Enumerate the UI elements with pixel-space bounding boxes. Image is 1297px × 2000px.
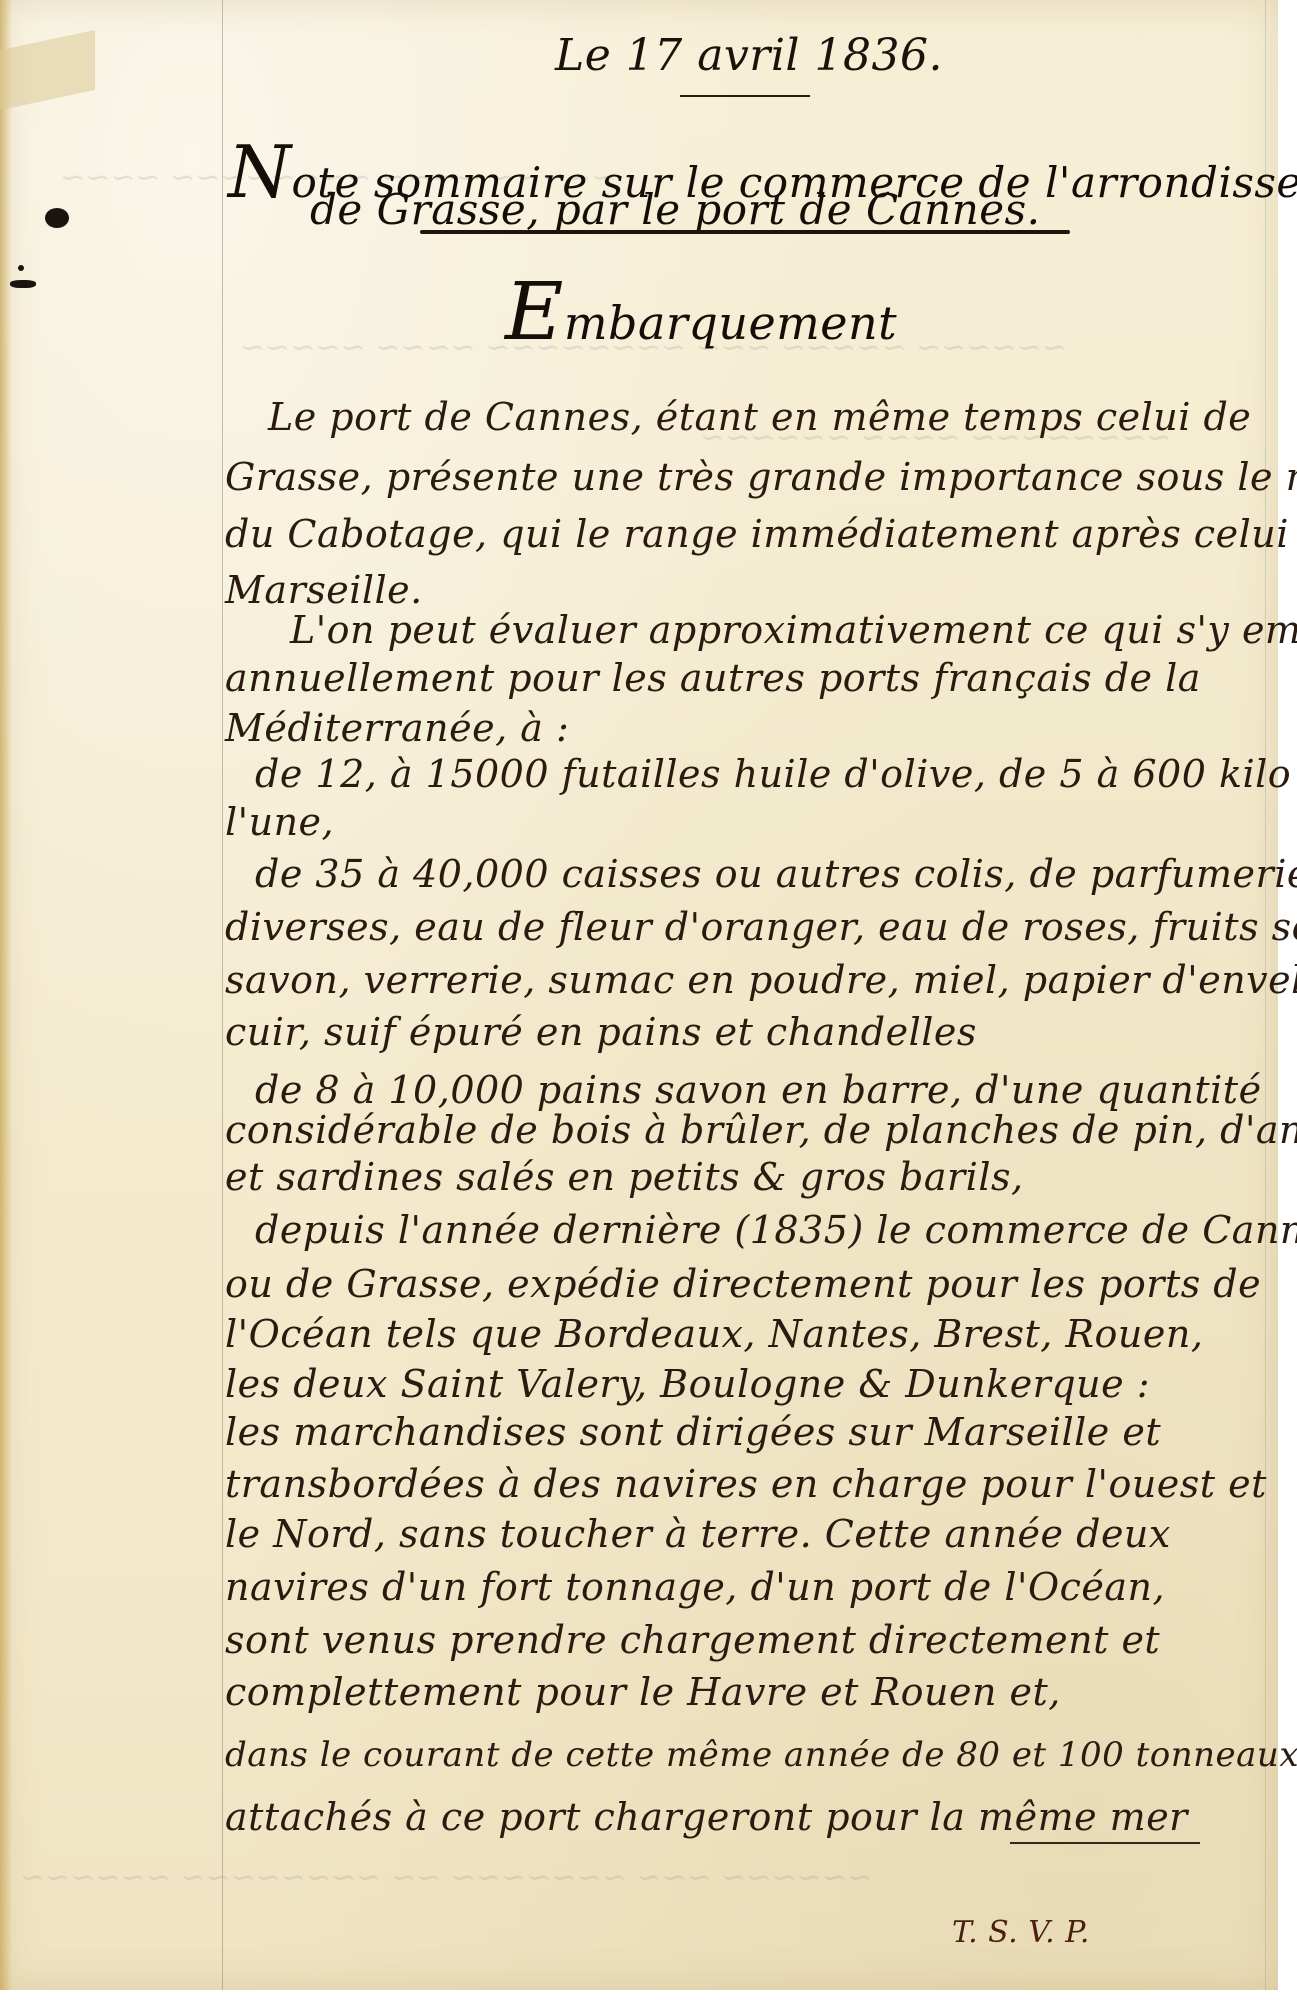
paper-corner-tape — [0, 30, 95, 110]
text-line: du Cabotage, qui le range immédiatement … — [225, 512, 1297, 556]
manuscript-page: ~~~~~ ~~~~ ~~~~~~~~ ~~~~ ~~~~~~ ~~~~~ ~~… — [0, 0, 1278, 1990]
text-line: Le port de Cannes, étant en même temps c… — [268, 395, 1251, 439]
heading-text: mbarquement — [564, 296, 897, 350]
ink-blot — [45, 208, 69, 228]
text-line: de 35 à 40,000 caisses ou autres colis, … — [255, 852, 1297, 896]
underline — [1010, 1842, 1200, 1844]
text-line: Marseille. — [225, 568, 423, 612]
text-line: de 8 à 10,000 pains savon en barre, d'un… — [255, 1068, 1262, 1112]
text-line: transbordées à des navires en charge pou… — [225, 1462, 1267, 1506]
text-line: ou de Grasse, expédie directement pour l… — [225, 1262, 1261, 1306]
heading-initial: E — [505, 265, 564, 358]
ink-blot — [18, 265, 24, 271]
ink-blot — [10, 280, 36, 288]
bleed-through-text: ~~~~~~ ~~~ ~~~~~~~ ~~ ~~~~~~~~ ~~~~~~ — [20, 1860, 872, 1895]
section-heading: Embarquement — [505, 265, 897, 358]
title-initial: N — [228, 130, 292, 214]
document-title-line-2: de Grasse, par le port de Cannes. — [310, 185, 1041, 234]
document-date: Le 17 avril 1836. — [555, 30, 943, 81]
text-line: sont venus prendre chargement directemen… — [225, 1618, 1160, 1662]
text-line: les marchandises sont dirigées sur Marse… — [225, 1410, 1161, 1454]
text-line: le Nord, sans toucher à terre. Cette ann… — [225, 1512, 1171, 1556]
text-line: navires d'un fort tonnage, d'un port de … — [225, 1565, 1165, 1609]
signature-tsvp: T. S. V. P. — [952, 1915, 1090, 1950]
text-line: considérable de bois à brûler, de planch… — [225, 1108, 1297, 1152]
date-underline — [680, 95, 810, 100]
text-line: l'une, — [225, 800, 334, 844]
text-line: savon, verrerie, sumac en poudre, miel, … — [225, 958, 1297, 1002]
text-line: cuir, suif épuré en pains et chandelles — [225, 1010, 977, 1054]
text-line: dans le courant de cette même année de 8… — [225, 1735, 1297, 1775]
text-line: de 12, à 15000 futailles huile d'olive, … — [255, 752, 1291, 796]
text-line: annuellement pour les autres ports franç… — [225, 656, 1201, 700]
text-line: et sardines salés en petits & gros baril… — [225, 1155, 1024, 1199]
paper-stained-edge — [0, 0, 12, 1990]
text-line: diverses, eau de fleur d'oranger, eau de… — [225, 905, 1297, 949]
text-line: complettement pour le Havre et Rouen et, — [225, 1670, 1061, 1714]
text-line: attachés à ce port chargeront pour la mê… — [225, 1795, 1188, 1839]
text-line: Méditerranée, à : — [225, 706, 569, 750]
text-line: depuis l'année dernière (1835) le commer… — [255, 1208, 1297, 1252]
left-margin-rule — [222, 0, 223, 1990]
text-line: les deux Saint Valery, Boulogne & Dunker… — [225, 1362, 1150, 1406]
title-rule — [420, 230, 1070, 234]
text-line: l'Océan tels que Bordeaux, Nantes, Brest… — [225, 1312, 1203, 1356]
text-line: Grasse, présente une très grande importa… — [225, 455, 1297, 499]
text-line: L'on peut évaluer approximativement ce q… — [290, 608, 1297, 652]
